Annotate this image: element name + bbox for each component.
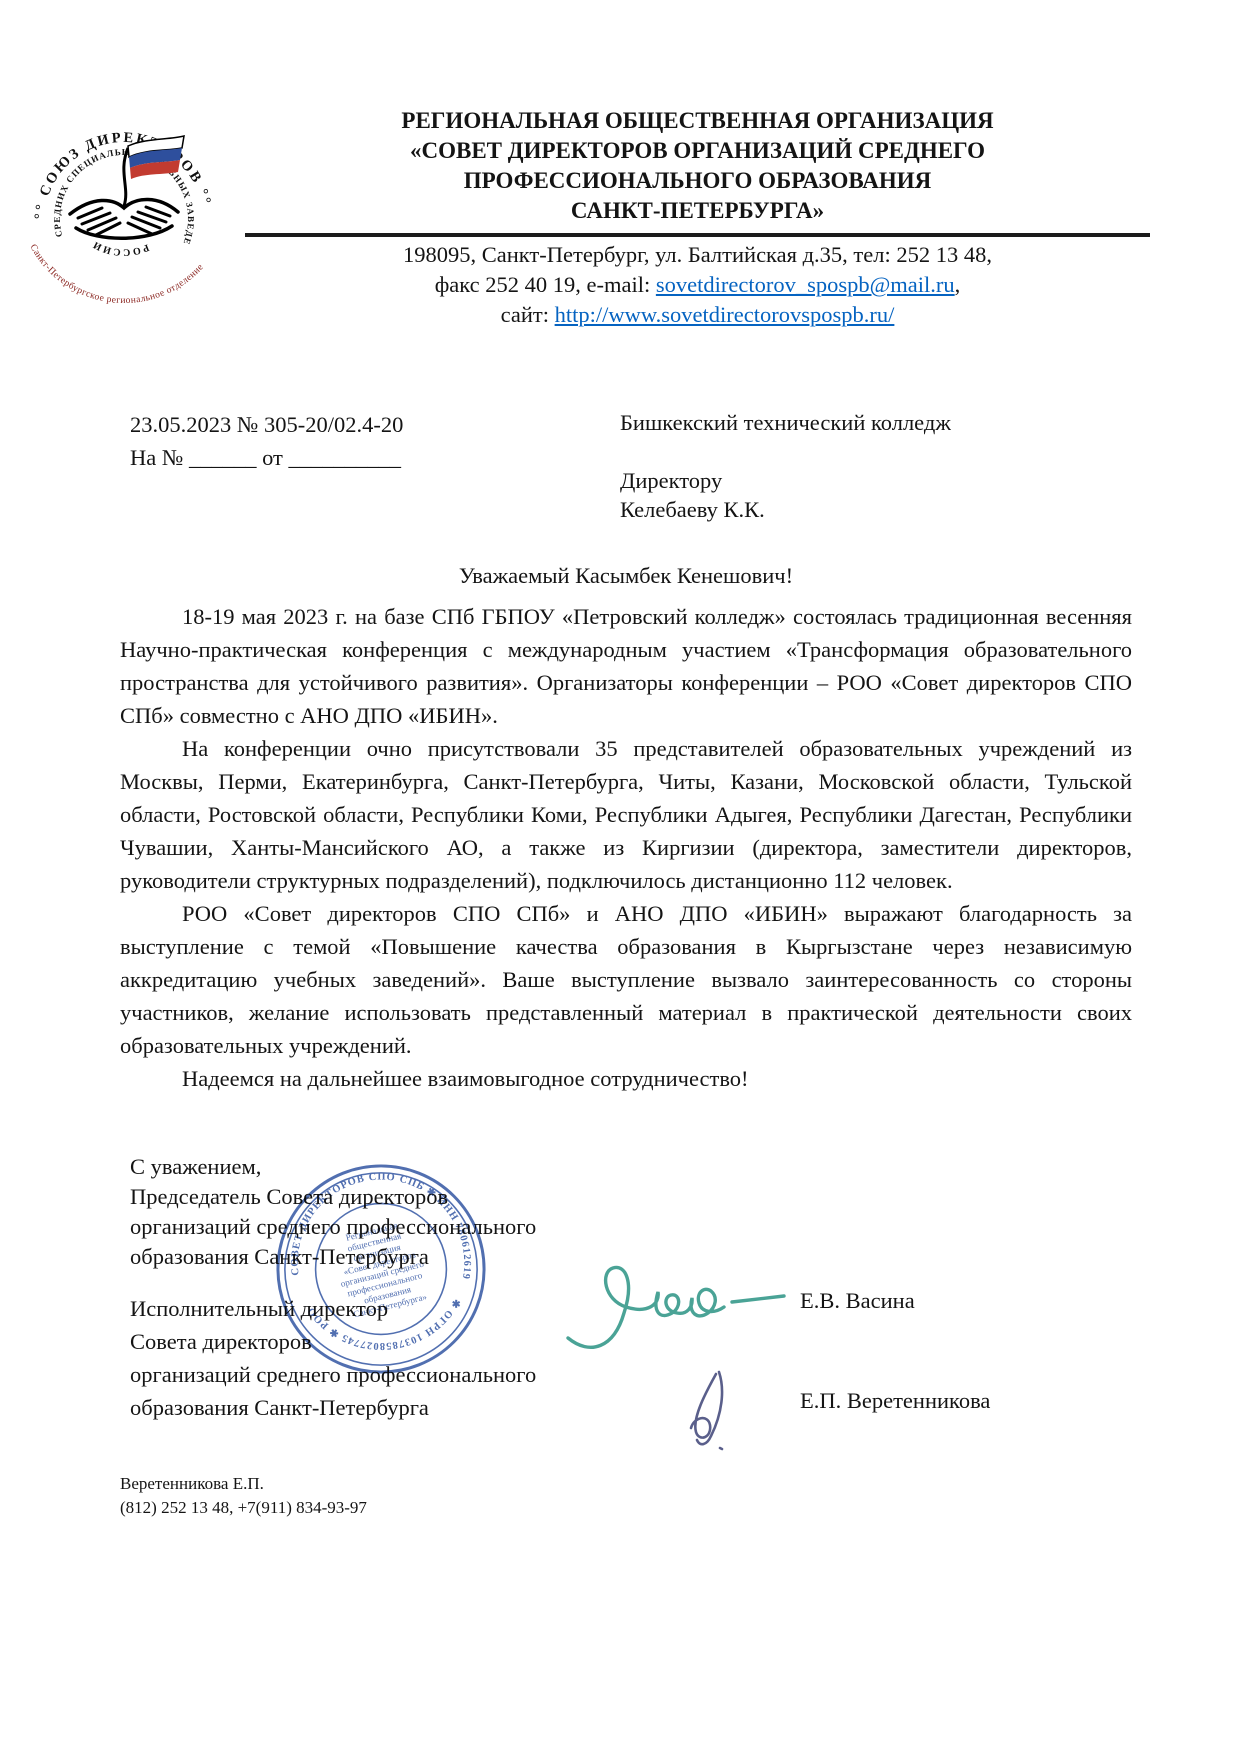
executor-name: Веретенникова Е.П.: [120, 1472, 367, 1496]
outgoing-reference-block: 23.05.2023 № 305-20/02.4-20 На № ______ …: [130, 408, 403, 474]
recipient-name: Келебаеву К.К.: [620, 495, 951, 524]
vasina-handwritten-signature: [560, 1258, 795, 1363]
chair-printed-name: Е.В. Васина: [800, 1288, 915, 1314]
executor-phones: (812) 252 13 48, +7(911) 834-93-97: [120, 1496, 367, 1520]
spacer: [620, 437, 951, 466]
exec-signature-block: Исполнительный директор Совета директоро…: [130, 1292, 536, 1424]
logo-russia-text: РОССИИ: [90, 238, 150, 257]
body-paragraph: На конференции очно присутствовали 35 пр…: [120, 732, 1132, 897]
letter-body: 18-19 мая 2023 г. на базе СПб ГБПОУ «Пет…: [120, 600, 1132, 1095]
russian-flag-icon: [124, 136, 184, 206]
chair-title-line: организаций среднего профессионального: [130, 1212, 536, 1242]
outgoing-number: 23.05.2023 № 305-20/02.4-20: [130, 408, 403, 441]
salutation: Уважаемый Касымбек Кенешович!: [120, 563, 1132, 589]
org-title-line: САНКТ-ПЕТЕРБУРГА»: [245, 196, 1150, 226]
exec-title-line: Совета директоров: [130, 1325, 536, 1358]
recipient-organization: Бишкекский технический колледж: [620, 408, 951, 437]
exec-printed-name: Е.П. Веретенникова: [800, 1388, 990, 1414]
chair-title-line: образования Санкт-Петербурга: [130, 1242, 536, 1272]
letterhead-divider: [245, 233, 1150, 237]
address-line: 198095, Санкт-Петербург, ул. Балтийская …: [245, 240, 1150, 270]
union-of-directors-logo: °° СОЮЗ ДИРЕКТОРОВ °° СРЕДНИХ СПЕЦИАЛЬНЫ…: [18, 96, 230, 308]
body-paragraph: 18-19 мая 2023 г. на базе СПб ГБПОУ «Пет…: [120, 600, 1132, 732]
fax-suffix: ,: [955, 272, 961, 297]
svg-text:РОССИИ: РОССИИ: [90, 238, 150, 257]
executor-footer: Веретенникова Е.П. (812) 252 13 48, +7(9…: [120, 1472, 367, 1520]
letterhead: РЕГИОНАЛЬНАЯ ОБЩЕСТВЕННАЯ ОРГАНИЗАЦИЯ «С…: [245, 106, 1150, 330]
org-title-line: РЕГИОНАЛЬНАЯ ОБЩЕСТВЕННАЯ ОРГАНИЗАЦИЯ: [245, 106, 1150, 136]
chair-signature-block: С уважением, Председатель Совета директо…: [130, 1152, 536, 1272]
website-link[interactable]: http://www.sovetdirectorovspospb.ru/: [555, 302, 895, 327]
veretennikova-handwritten-signature: [676, 1368, 738, 1454]
body-paragraph: Надеемся на дальнейшее взаимовыгодное со…: [120, 1062, 1132, 1095]
contact-line: факс 252 40 19, e-mail: sovetdirectorov_…: [245, 270, 1150, 300]
closing-phrase: С уважением,: [130, 1152, 536, 1182]
incoming-number-line: На № ______ от __________: [130, 441, 403, 474]
exec-title-line: Исполнительный директор: [130, 1292, 536, 1325]
email-link[interactable]: sovetdirectorov_spospb@mail.ru: [656, 272, 955, 297]
site-label: сайт:: [501, 302, 555, 327]
body-paragraph: РОО «Совет директоров СПО СПб» и АНО ДПО…: [120, 897, 1132, 1062]
recipient-block: Бишкекский технический колледж Директору…: [620, 408, 951, 524]
exec-title-line: организаций среднего профессионального: [130, 1358, 536, 1391]
org-title-line: «СОВЕТ ДИРЕКТОРОВ ОРГАНИЗАЦИЙ СРЕДНЕГО: [245, 136, 1150, 166]
website-line: сайт: http://www.sovetdirectorovspospb.r…: [245, 300, 1150, 330]
recipient-position: Директору: [620, 466, 951, 495]
chair-title-line: Председатель Совета директоров: [130, 1182, 536, 1212]
letter-document-page: °° СОЮЗ ДИРЕКТОРОВ °° СРЕДНИХ СПЕЦИАЛЬНЫ…: [0, 0, 1241, 1755]
fax-label: факс 252 40 19, e-mail:: [435, 272, 656, 297]
exec-title-line: образования Санкт-Петербурга: [130, 1391, 536, 1424]
org-title-line: ПРОФЕССИОНАЛЬНОГО ОБРАЗОВАНИЯ: [245, 166, 1150, 196]
